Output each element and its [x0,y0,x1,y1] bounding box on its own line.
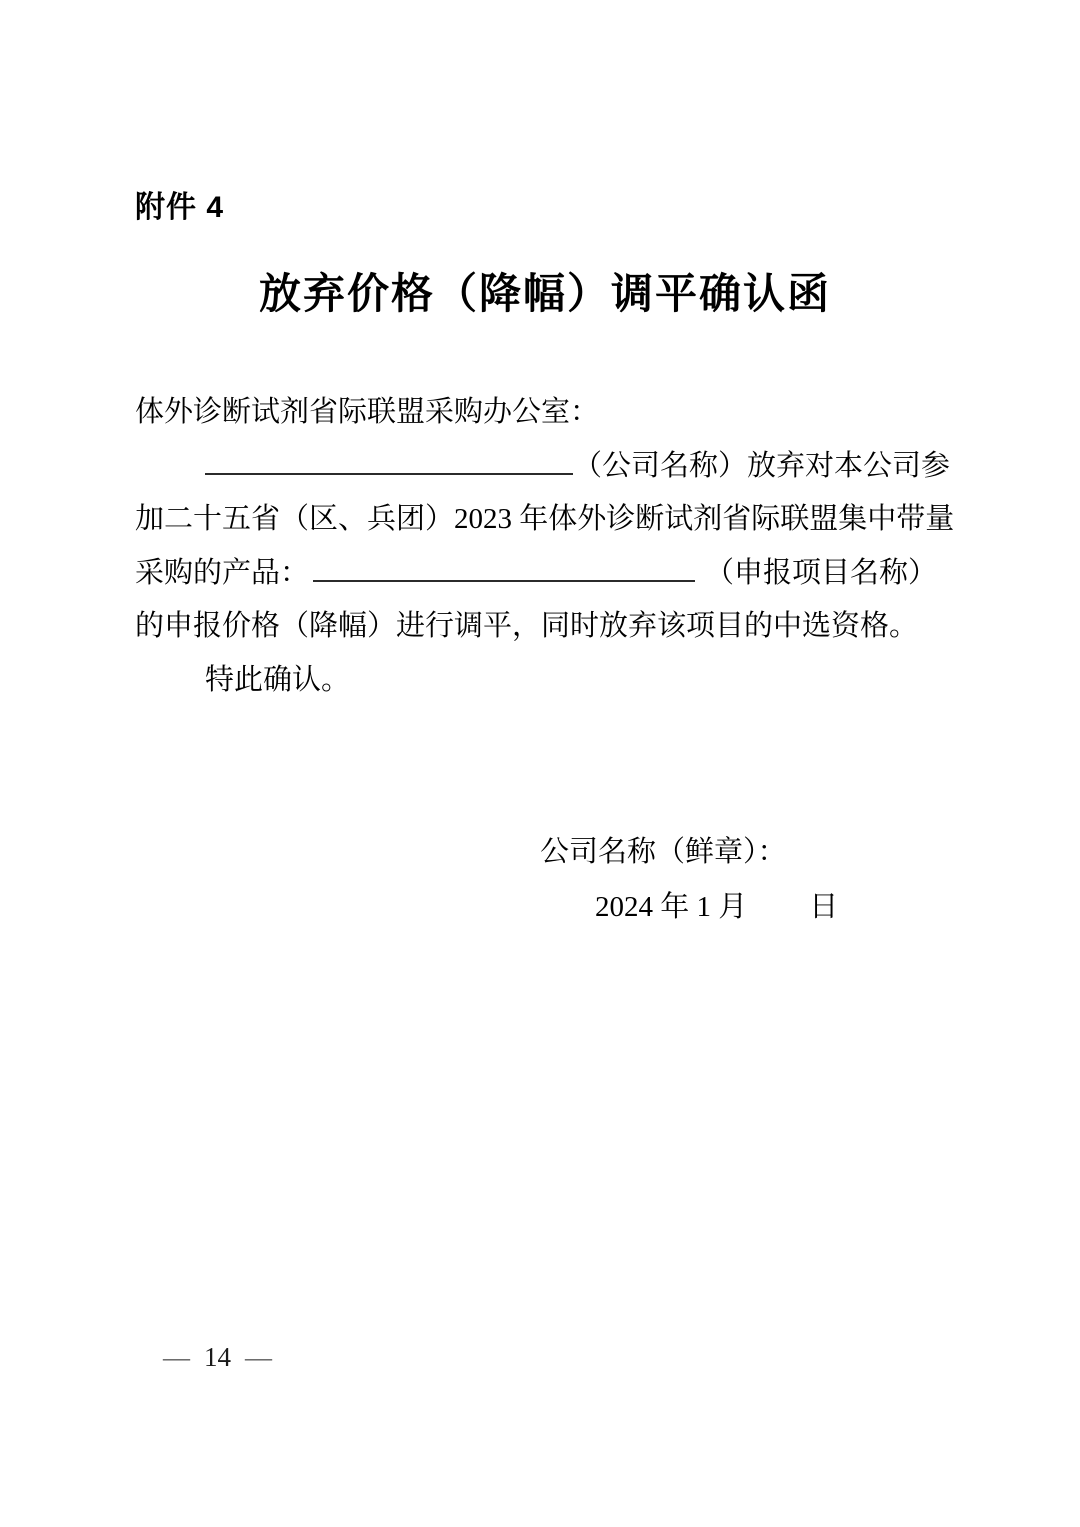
closing-line: 特此确认。 [135,654,955,708]
signature-company-line: 公司名称（鲜章）： [135,825,955,880]
document-title: 放弃价格（降幅）调平确认函 [135,270,955,320]
product-suffix-text: （申报项目名称） [705,557,937,589]
paragraph-line-3: 采购的产品：（申报项目名称） [135,547,955,601]
signature-date-line: 2024 年 1 月日 [135,880,955,935]
paragraph-line-4: 的申报价格（降幅）进行调平，同时放弃该项目的中选资格。 [135,600,955,654]
footer-left-dash: — [163,1342,190,1372]
company-name-blank-field [205,446,573,475]
signature-date-prefix: 2024 年 1 月 [595,891,747,923]
page-footer: —14— [163,1340,272,1374]
footer-right-dash: — [245,1342,272,1372]
salutation-text: 体外诊断试剂省际联盟采购办公室： [135,396,599,428]
closing-text: 特此确认。 [205,664,350,696]
signature-date-suffix: 日 [809,891,838,923]
signature-block: 公司名称（鲜章）： 2024 年 1 月日 [135,825,955,935]
page-number: 14 [204,1342,231,1372]
product-name-blank-field [313,553,695,582]
paragraph-line-2: 加二十五省（区、兵团）2023 年体外诊断试剂省际联盟集中带量 [135,493,955,547]
salutation-line: 体外诊断试剂省际联盟采购办公室： [135,386,955,440]
paragraph-line-1-text: （公司名称）放弃对本公司参 [573,450,950,482]
signature-company-label: 公司名称（鲜章）： [540,836,787,868]
paragraph-line-2-text: 加二十五省（区、兵团）2023 年体外诊断试剂省际联盟集中带量 [135,503,954,535]
document-body: 体外诊断试剂省际联盟采购办公室： （公司名称）放弃对本公司参 加二十五省（区、兵… [135,386,955,707]
product-label-text: 采购的产品： [135,557,309,589]
paragraph-line-4-text: 的申报价格（降幅）进行调平，同时放弃该项目的中选资格。 [135,610,918,642]
paragraph-line-1: （公司名称）放弃对本公司参 [135,440,955,494]
attachment-label: 附件 4 [135,190,955,226]
document-content: 附件 4 放弃价格（降幅）调平确认函 体外诊断试剂省际联盟采购办公室： （公司名… [0,0,1080,935]
document-page: 附件 4 放弃价格（降幅）调平确认函 体外诊断试剂省际联盟采购办公室： （公司名… [0,0,1080,1527]
